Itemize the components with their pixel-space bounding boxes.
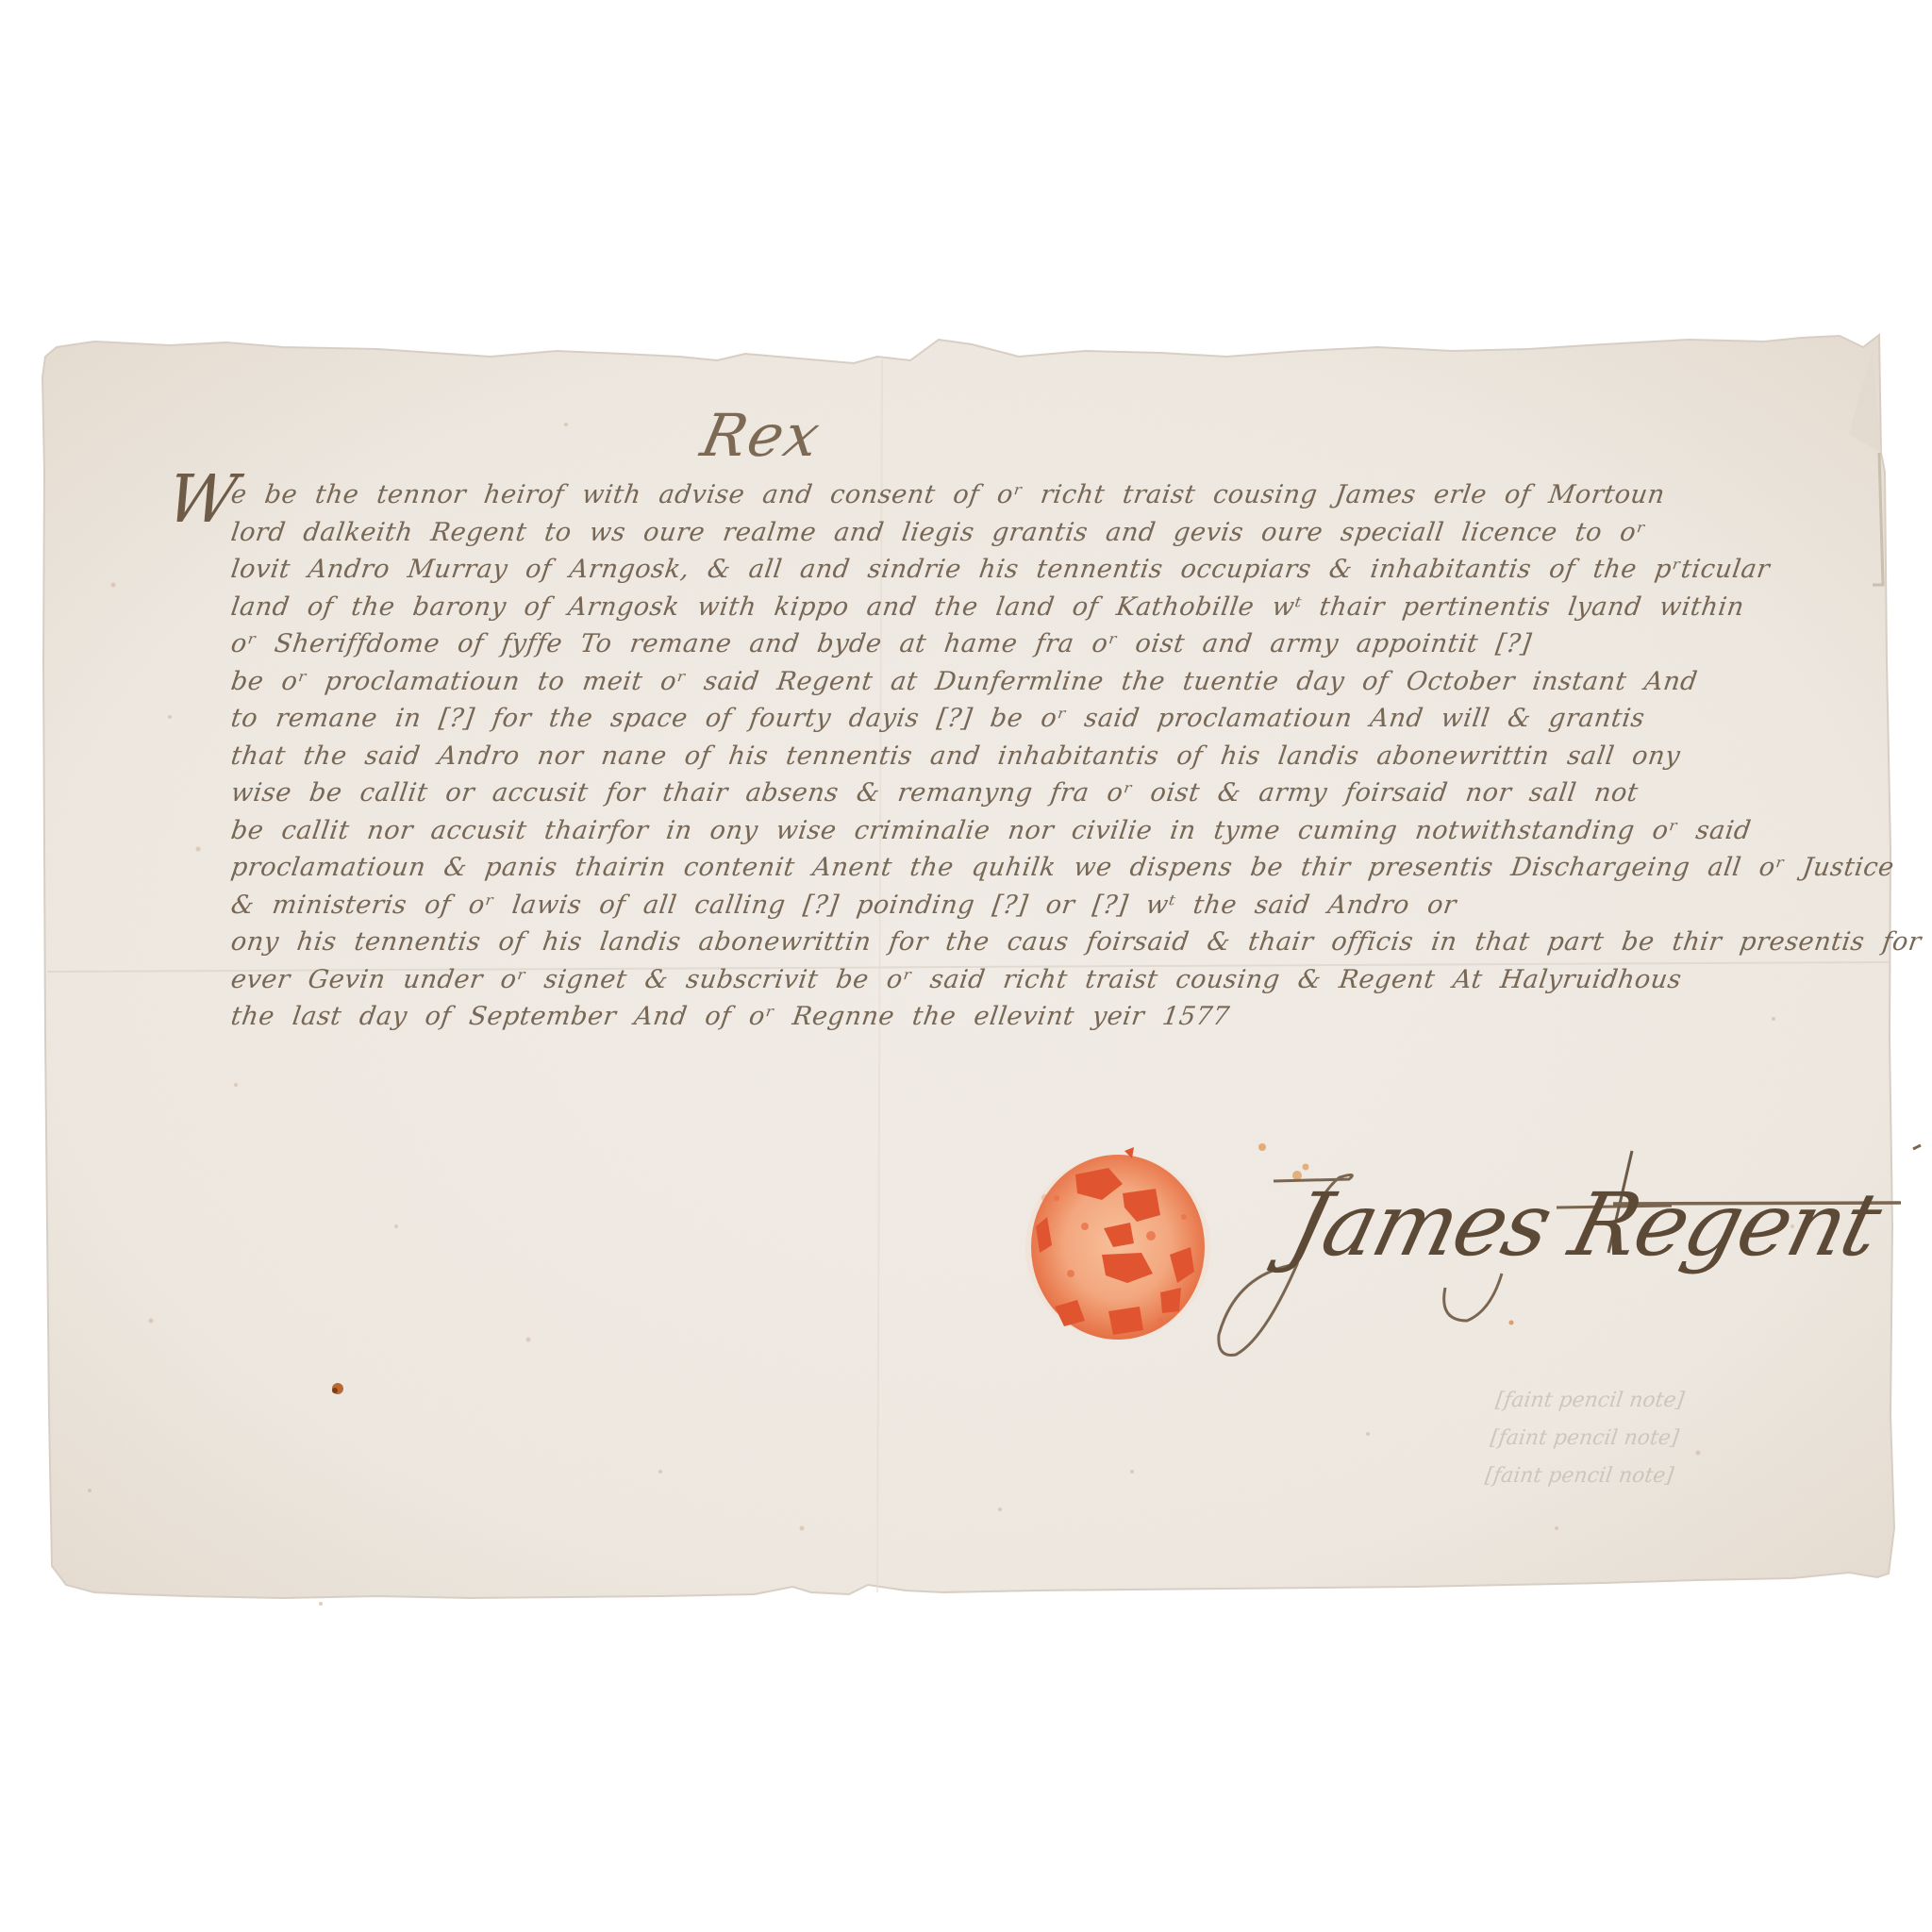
wax-seal (1019, 1141, 1217, 1349)
manuscript-line: e be the tennor heirof with advise and c… (228, 476, 1743, 514)
manuscript-body: e be the tennor heirof with advise and c… (231, 476, 1740, 1036)
document-heading: Rex (695, 401, 827, 470)
manuscript-line: ony his tennentis of his landis abonewri… (228, 924, 1743, 961)
manuscript-line: proclamatioun & panis thairin contenit A… (228, 849, 1743, 887)
manuscript-line: be oʳ proclamatioun to meit oʳ said Rege… (228, 663, 1743, 701)
manuscript-line: to remane in [?] for the space of fourty… (228, 700, 1743, 738)
signature: James Regent (1280, 1174, 1890, 1275)
endorsement-line: [faint pencil note] (1493, 1382, 1687, 1420)
manuscript-line: be callit nor accusit thairfor in ony wi… (228, 812, 1743, 850)
manuscript-line: the last day of September And of oʳ Regn… (228, 998, 1743, 1036)
manuscript-line: wise be callit or accusit for thair abse… (228, 774, 1743, 812)
manuscript-line: oʳ Sheriffdome of fyffe To remane and by… (228, 625, 1743, 663)
manuscript-line: ever Gevin under oʳ signet & subscrivit … (228, 961, 1743, 999)
manuscript-line: lord dalkeith Regent to ws oure realme a… (228, 514, 1743, 552)
endorsement-line: [faint pencil note] (1488, 1420, 1681, 1457)
pencil-endorsement: [faint pencil note] [faint pencil note] … (1483, 1382, 1687, 1495)
manuscript-line: that the said Andro nor nane of his tenn… (228, 738, 1743, 775)
manuscript-line: lovit Andro Murray of Arngosk, & all and… (228, 551, 1743, 589)
endorsement-line: [faint pencil note] (1483, 1457, 1676, 1495)
manuscript-line: land of the barony of Arngosk with kippo… (228, 589, 1743, 626)
manuscript-line: & ministeris of oʳ lawis of all calling … (228, 887, 1743, 924)
document-photo: Rex W e be the tennor heirof with advise… (0, 0, 1932, 1932)
